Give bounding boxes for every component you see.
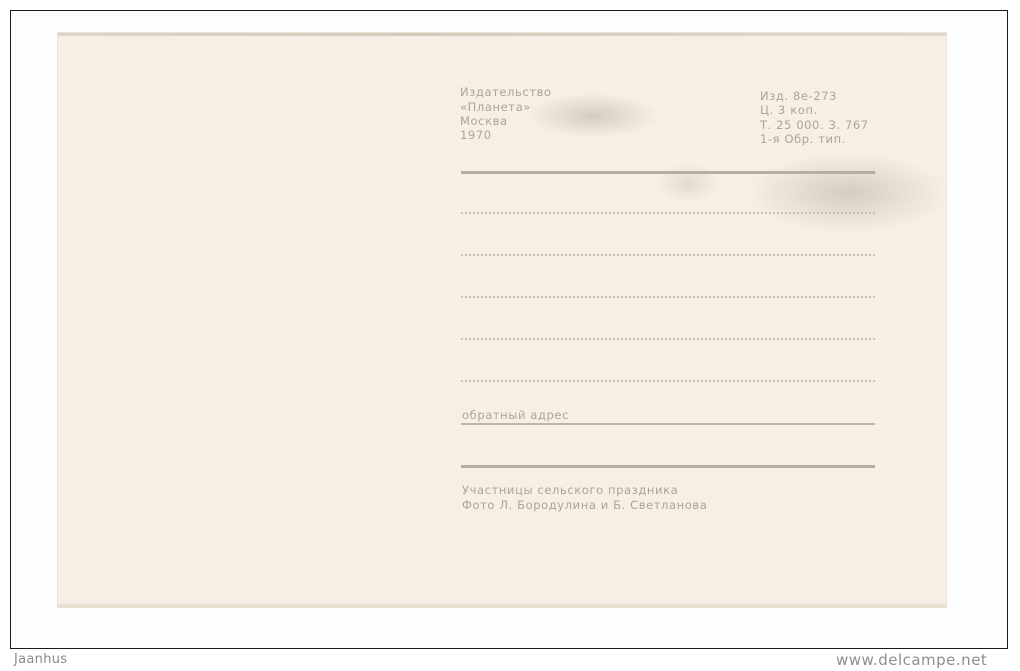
print-info-line: Т. 25 000. З. 767 <box>760 119 869 132</box>
address-line-bottom <box>461 465 875 468</box>
address-line-dotted <box>461 254 875 256</box>
publisher-line: Москва <box>460 115 508 128</box>
address-line-dotted <box>461 296 875 298</box>
return-address-line <box>461 423 875 425</box>
address-line-dotted <box>461 212 875 214</box>
address-line-dotted <box>461 380 875 382</box>
photo-credit: Фото Л. Бородулина и Б. Светланова <box>462 499 707 512</box>
stamp-smudge <box>748 153 948 233</box>
site-watermark: www.delcampe.net <box>836 651 987 669</box>
publisher-line: Издательство <box>460 86 552 99</box>
print-info-line: 1-я Обр. тип. <box>760 133 846 146</box>
publisher-line: 1970 <box>460 129 492 142</box>
print-info-line: Изд. 8е-273 <box>760 90 837 103</box>
address-line-dotted <box>461 338 875 340</box>
seller-watermark: Jaanhus <box>14 652 67 667</box>
stamp-smudge <box>528 93 658 138</box>
address-line-solid <box>461 171 875 174</box>
photo-caption: Участницы сельского праздника <box>462 484 678 497</box>
stamp-smudge <box>658 163 718 203</box>
return-address-label: обратный адрес <box>462 409 569 422</box>
print-info-line: Ц. 3 коп. <box>760 104 818 117</box>
publisher-line: «Планета» <box>460 101 531 114</box>
